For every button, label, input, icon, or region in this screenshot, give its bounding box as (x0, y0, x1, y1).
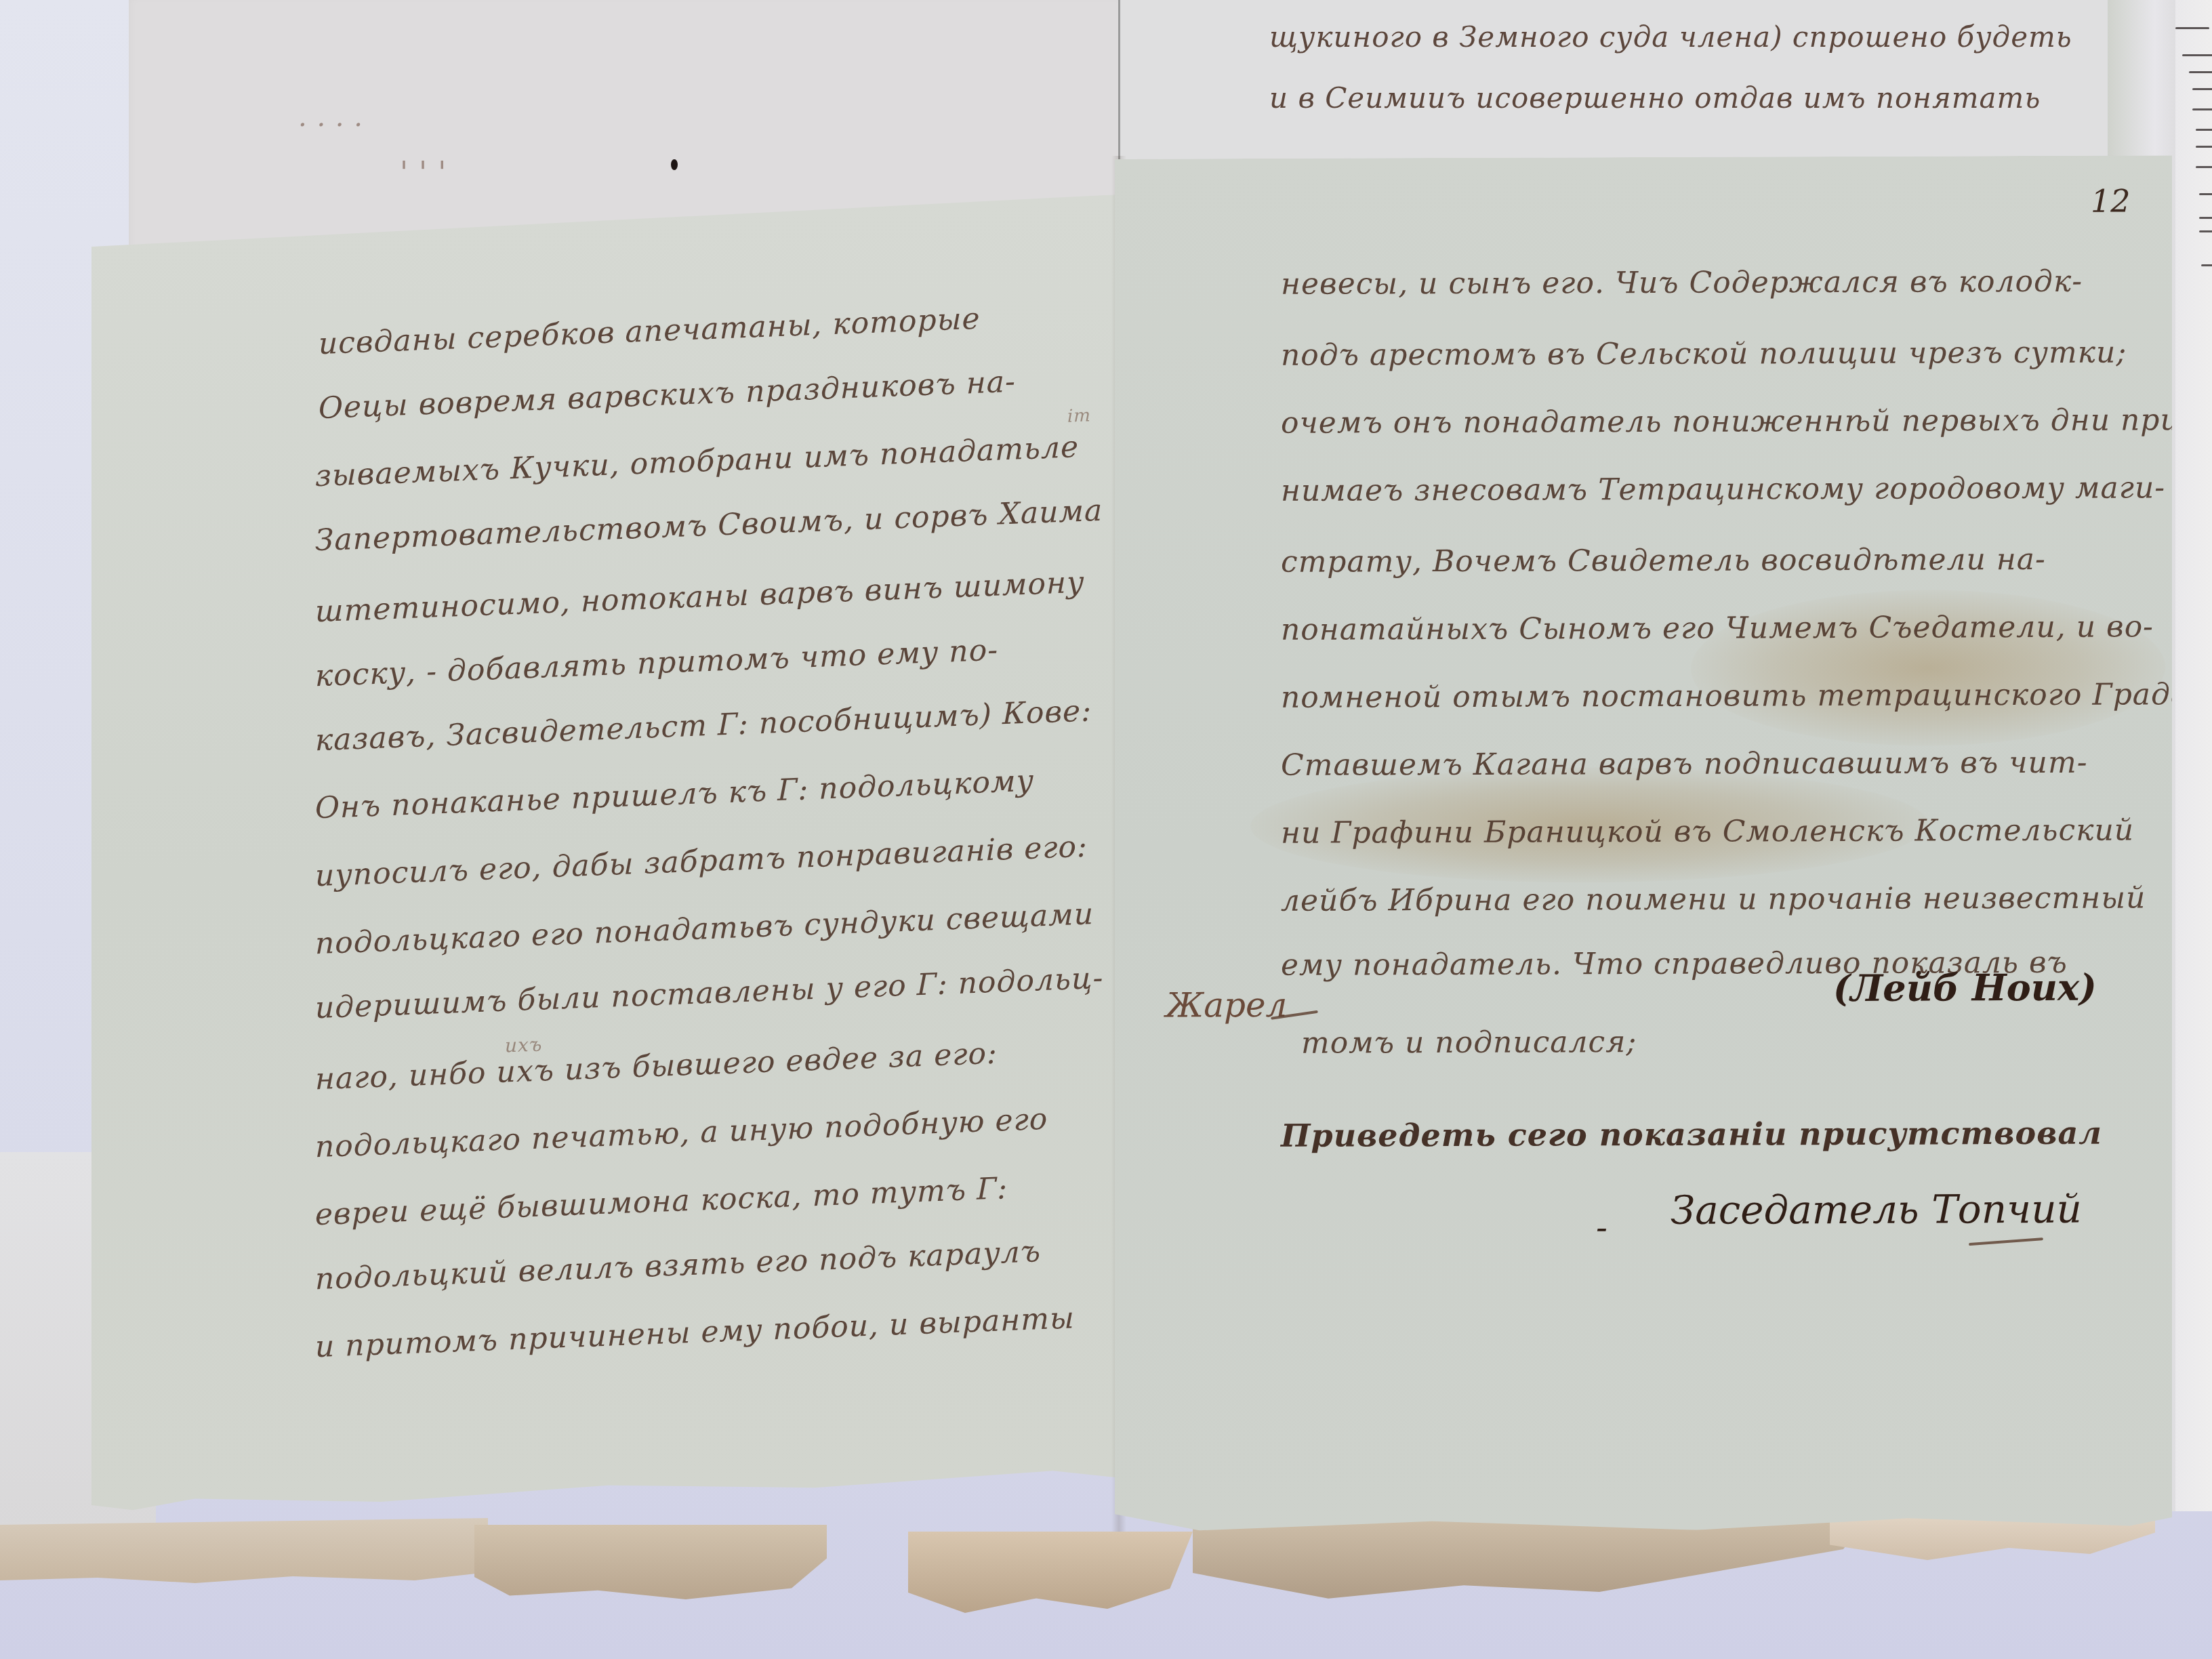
folio-number: 12 (2091, 182, 2131, 219)
edge-ink-mark (2192, 88, 2212, 90)
attestation-line: Приведеть сего показаніи присутствовал (1281, 1115, 2102, 1154)
left-page-line: евреи ещё бывшимона коска, то тутъ Г: (315, 1171, 1008, 1232)
left-page-line: наго, инбо ихъ изъ бывшего евдее за его: (315, 1036, 998, 1097)
left-page-line: Запертовательствомъ Своимъ, и сорвъ Хаим… (315, 493, 1103, 558)
edge-ink-mark (2189, 71, 2212, 73)
right-page-line: подъ арестомъ въ Сельской полиции чрезъ … (1281, 335, 2127, 373)
edge-ink-mark (2199, 193, 2212, 195)
torn-paper-layer (0, 1518, 488, 1586)
right-page: 12 невесы, и сынъ его. Чиъ Содержался въ… (1115, 155, 2172, 1534)
right-page-line: помненой отымъ постановить тетрацинского… (1281, 677, 2189, 715)
left-page-line: подольцкий велилъ взять его подъ караулъ (315, 1234, 1041, 1296)
back-sheet-line: щукиного в Земного суда члена) спрошено … (1269, 20, 2072, 54)
right-page-line: страту, Вочемъ Свидетель восвидѣтели на- (1281, 542, 2046, 579)
left-page-line: и притомъ причинены ему побои, и выранты (315, 1300, 1075, 1364)
left-page-line: казавъ, Засвидетельст Г: пособницимъ) Ко… (315, 693, 1092, 758)
left-page-line: Оецы вовремя варвскихъ праздниковъ на- (319, 365, 1016, 426)
ink-blot (671, 159, 678, 170)
interlinear-note: im (1067, 405, 1091, 426)
left-page-line: подольцкаго печатью, а иную подобную его (315, 1102, 1048, 1165)
edge-ink-mark (2175, 27, 2209, 29)
margin-signature: Жарел (1166, 985, 1287, 1025)
signatory-signature: (Лейб Ноих) (1833, 966, 2097, 1010)
edge-ink-mark (2201, 264, 2212, 266)
signature-flourish (1969, 1237, 2043, 1246)
left-page-line: зываемыхъ Кучки, отобрани имъ понадатьле (315, 430, 1079, 493)
left-page: исвданы серебков апечатаны, которые Оецы… (91, 194, 1125, 1518)
left-page-line: Онъ понаканье пришелъ къ Г: подольцкому (315, 764, 1034, 826)
right-page-line: ни Графини Браницкой въ Смоленскъ Костел… (1281, 813, 2134, 850)
right-page-line: понатайныхъ Сыномъ его Чимемъ Съедатели,… (1281, 609, 2154, 647)
back-sheet-faint-marks: . . . . (298, 102, 363, 133)
right-page-line: томъ и подписался; (1301, 1025, 1637, 1061)
right-page-line: невесы, и сынъ его. Чиъ Содержался въ ко… (1281, 264, 2083, 302)
edge-ink-mark (2199, 217, 2212, 219)
left-page-line: исвданы серебков апечатаны, которые (319, 302, 981, 362)
right-page-line: лейбъ Ибрина его поимени и прочанів неиз… (1281, 880, 2146, 918)
torn-paper-layer (474, 1525, 827, 1599)
right-page-line: Ставшемъ Кагана варвъ подписавшимъ въ чи… (1281, 745, 2088, 783)
left-page-line: подольцкаго его понадатьвъ сундуки свеща… (315, 897, 1094, 961)
back-sheet-line: и в Сеимииъ исовершенно отдав имъ понята… (1269, 81, 2041, 115)
left-page-line: штетиносимо, нотоканы варвъ винъ шимону (315, 565, 1085, 630)
edge-ink-mark (2196, 129, 2212, 131)
edge-ink-mark (2196, 166, 2212, 168)
left-page-line: идеришимъ были поставлены у его Г: подол… (315, 961, 1103, 1026)
signature-prefix-mark: - (1596, 1208, 1607, 1247)
edge-ink-mark (2196, 146, 2212, 148)
left-page-line: коску, - добавлять притомъ что ему по- (315, 633, 998, 694)
assessor-signature: Заседатель Топчий (1671, 1186, 2082, 1233)
edge-ink-mark (2192, 108, 2212, 110)
left-page-line: иупосилъ его, дабы забратъ понравиганів … (315, 829, 1088, 894)
right-page-line: нимаеъ знесовамъ Тетрацинскому городовом… (1281, 470, 2165, 508)
right-page-line: очемъ онъ понадатель пониженнѣй первыхъ … (1281, 403, 2211, 441)
edge-ink-mark (2199, 230, 2212, 232)
edge-ink-mark (2182, 54, 2212, 56)
back-sheet-lower-marks: ' ' ' (400, 156, 447, 190)
